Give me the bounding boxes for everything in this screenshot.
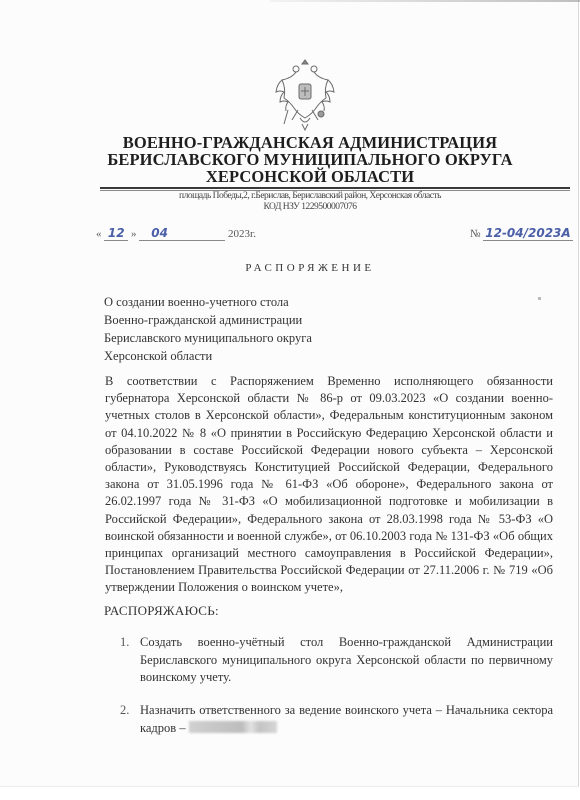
- document-number: № 12-04/2023А: [470, 226, 573, 240]
- order-item-1: 1. Создать военно-учётный стол Военно-гр…: [120, 634, 553, 687]
- document-page: ВОЕННО-ГРАЖДАНСКАЯ АДМИНИСТРАЦИЯ БЕРИСЛА…: [0, 0, 579, 787]
- number-value: 12-04/2023А: [483, 226, 572, 241]
- date-open-quote: «: [96, 228, 102, 240]
- date-close-quote: »: [131, 228, 137, 240]
- item-text-wrap: Назначить ответственного за ведение воин…: [140, 702, 553, 737]
- item-number: 1.: [120, 634, 140, 687]
- date-year: 2023г.: [228, 228, 256, 240]
- number-label: №: [470, 228, 481, 240]
- letterhead-line-2: БЕРИСЛАВСКОГО МУНИЦИПАЛЬНОГО ОКРУГА: [0, 151, 580, 168]
- redacted-name: [189, 721, 277, 733]
- letterhead-line-3: ХЕРСОНСКОЙ ОБЛАСТИ: [0, 168, 580, 185]
- letterhead-address: площадь Победы,2, г.Берислав, Бериславск…: [0, 191, 580, 202]
- subject-line-4: Херсонской области: [104, 347, 312, 365]
- order-item-2: 2. Назначить ответственного за ведение в…: [120, 702, 553, 737]
- subject-line-3: Бериславского муниципального округа: [104, 329, 312, 347]
- preamble-paragraph: В соответствии с Распоряжением Временно …: [105, 373, 553, 597]
- subject-line-2: Военно-гражданской администрации: [104, 311, 312, 329]
- scan-speck: [538, 297, 541, 300]
- item-text: Создать военно-учётный стол Военно-гражд…: [140, 634, 553, 687]
- document-date: « 12 » 04 2023г.: [96, 226, 256, 241]
- letterhead-rule: [100, 187, 570, 189]
- order-heading: РАСПОРЯЖАЮСЬ:: [104, 603, 219, 619]
- scan-edge-artifact: [270, 0, 580, 2]
- letterhead-code: КОД НЗУ 1229500007076: [0, 202, 580, 213]
- item-number: 2.: [120, 702, 140, 737]
- coat-of-arms-icon: [274, 58, 336, 132]
- letterhead-line-1: ВОЕННО-ГРАЖДАНСКАЯ АДМИНИСТРАЦИЯ: [0, 134, 580, 151]
- date-month: 04: [139, 226, 225, 241]
- date-day: 12: [104, 226, 128, 241]
- document-subject: О создании военно-учетного стола Военно-…: [104, 293, 312, 365]
- subject-line-1: О создании военно-учетного стола: [104, 293, 312, 311]
- document-title: РАСПОРЯЖЕНИЕ: [0, 262, 580, 274]
